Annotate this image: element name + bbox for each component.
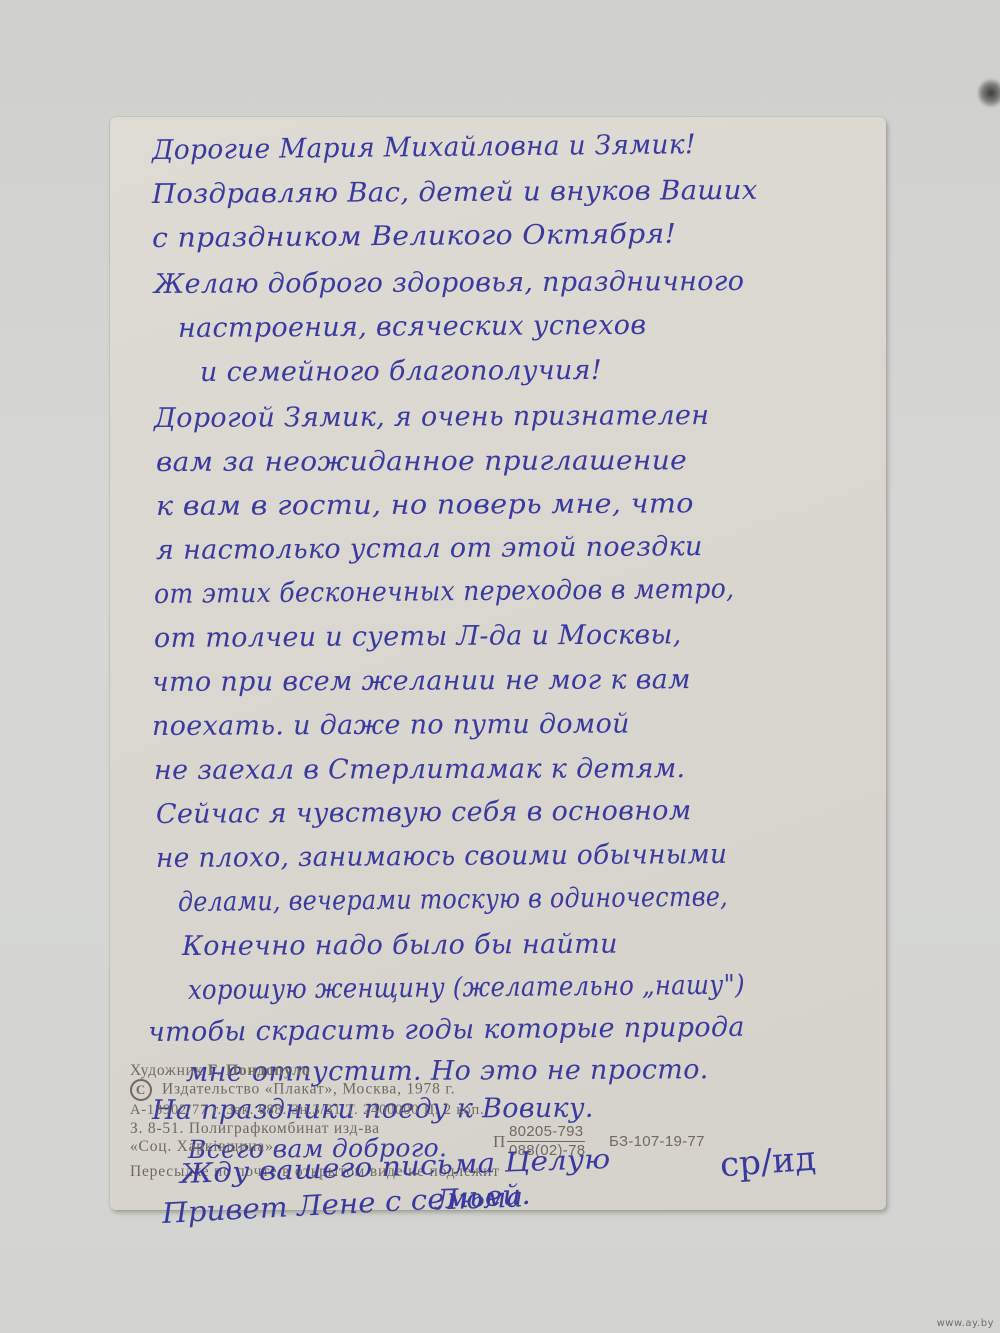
artist-name: Г. Пондопуло [208, 1062, 311, 1079]
letter-line: Конечно надо было бы найти [182, 929, 618, 962]
letter-line: делами, вечерами тоскую в одиночестве, [178, 882, 728, 918]
letter-line: настроения, всяческих успехов [178, 310, 647, 344]
publisher-line: CИздательство «Плакат», Москва, 1978 г. [130, 1079, 455, 1101]
corner-note: ср/ид [719, 1139, 817, 1186]
letter-line: Дорогие Мария Михайловна и Зямик! [152, 129, 696, 166]
background-blemish [978, 78, 1000, 108]
letter-line: от этих бесконечных переходов в метро, [154, 574, 735, 610]
letter-line: от толчеи и суеты Л-да и Москвы, [154, 619, 682, 654]
letter-line: к вам в гости, но поверь мне, что [156, 488, 694, 522]
site-watermark: www.ay.by [937, 1318, 994, 1329]
publisher-text: Издательство «Плакат», Москва, 1978 г. [162, 1081, 455, 1098]
letter-line: вам за неожиданное приглашение [156, 445, 687, 478]
letter-line: я настолько устал от этой поездки [156, 531, 703, 566]
letter-line: что при всем желании не мог к вам [152, 664, 691, 698]
letter-line: с праздником Великого Октября! [152, 219, 677, 254]
letter-line: поехать. и даже по пути домой [152, 708, 630, 742]
postcard-back: Дорогие Мария Михайловна и Зямик! Поздра… [110, 117, 886, 1210]
fraction-numerator: 80205-793 [507, 1123, 585, 1142]
letter-line: Сейчас я чувствую себя в основном [156, 795, 692, 830]
letter-line: хорошую женщину (желательно „нашу") [188, 970, 745, 1006]
letter-line: не заехал в Стерлитамак к детям. [154, 753, 685, 786]
letter-line: Дорогой Зямик, я очень признателен [154, 400, 709, 434]
letter-line: не плохо, занимаюсь своими обычными [156, 839, 727, 874]
letter-line: Желаю доброго здоровья, праздничного [154, 266, 744, 300]
artist-credit: Художник Г. Пондопуло [130, 1062, 310, 1080]
letter-line: Поздравляю Вас, детей и внуков Ваших [152, 175, 758, 210]
printer-name: «Соц. Харківщина». [130, 1138, 278, 1156]
letter-line: и семейного благополучия! [200, 355, 602, 388]
order-line: А-13902/77 г. Зак. 688. Зн.3/31 Т. 24000… [130, 1102, 484, 1120]
catalog-code: БЗ-107-19-77 [609, 1133, 705, 1150]
letter-line: чтобы скрасить годы которые природа [148, 1012, 745, 1048]
artist-label: Художник [130, 1062, 203, 1079]
copyright-icon: C [130, 1079, 152, 1101]
printer-line: З. 8-51. Полиграфкомбинат изд-ва [130, 1120, 380, 1138]
